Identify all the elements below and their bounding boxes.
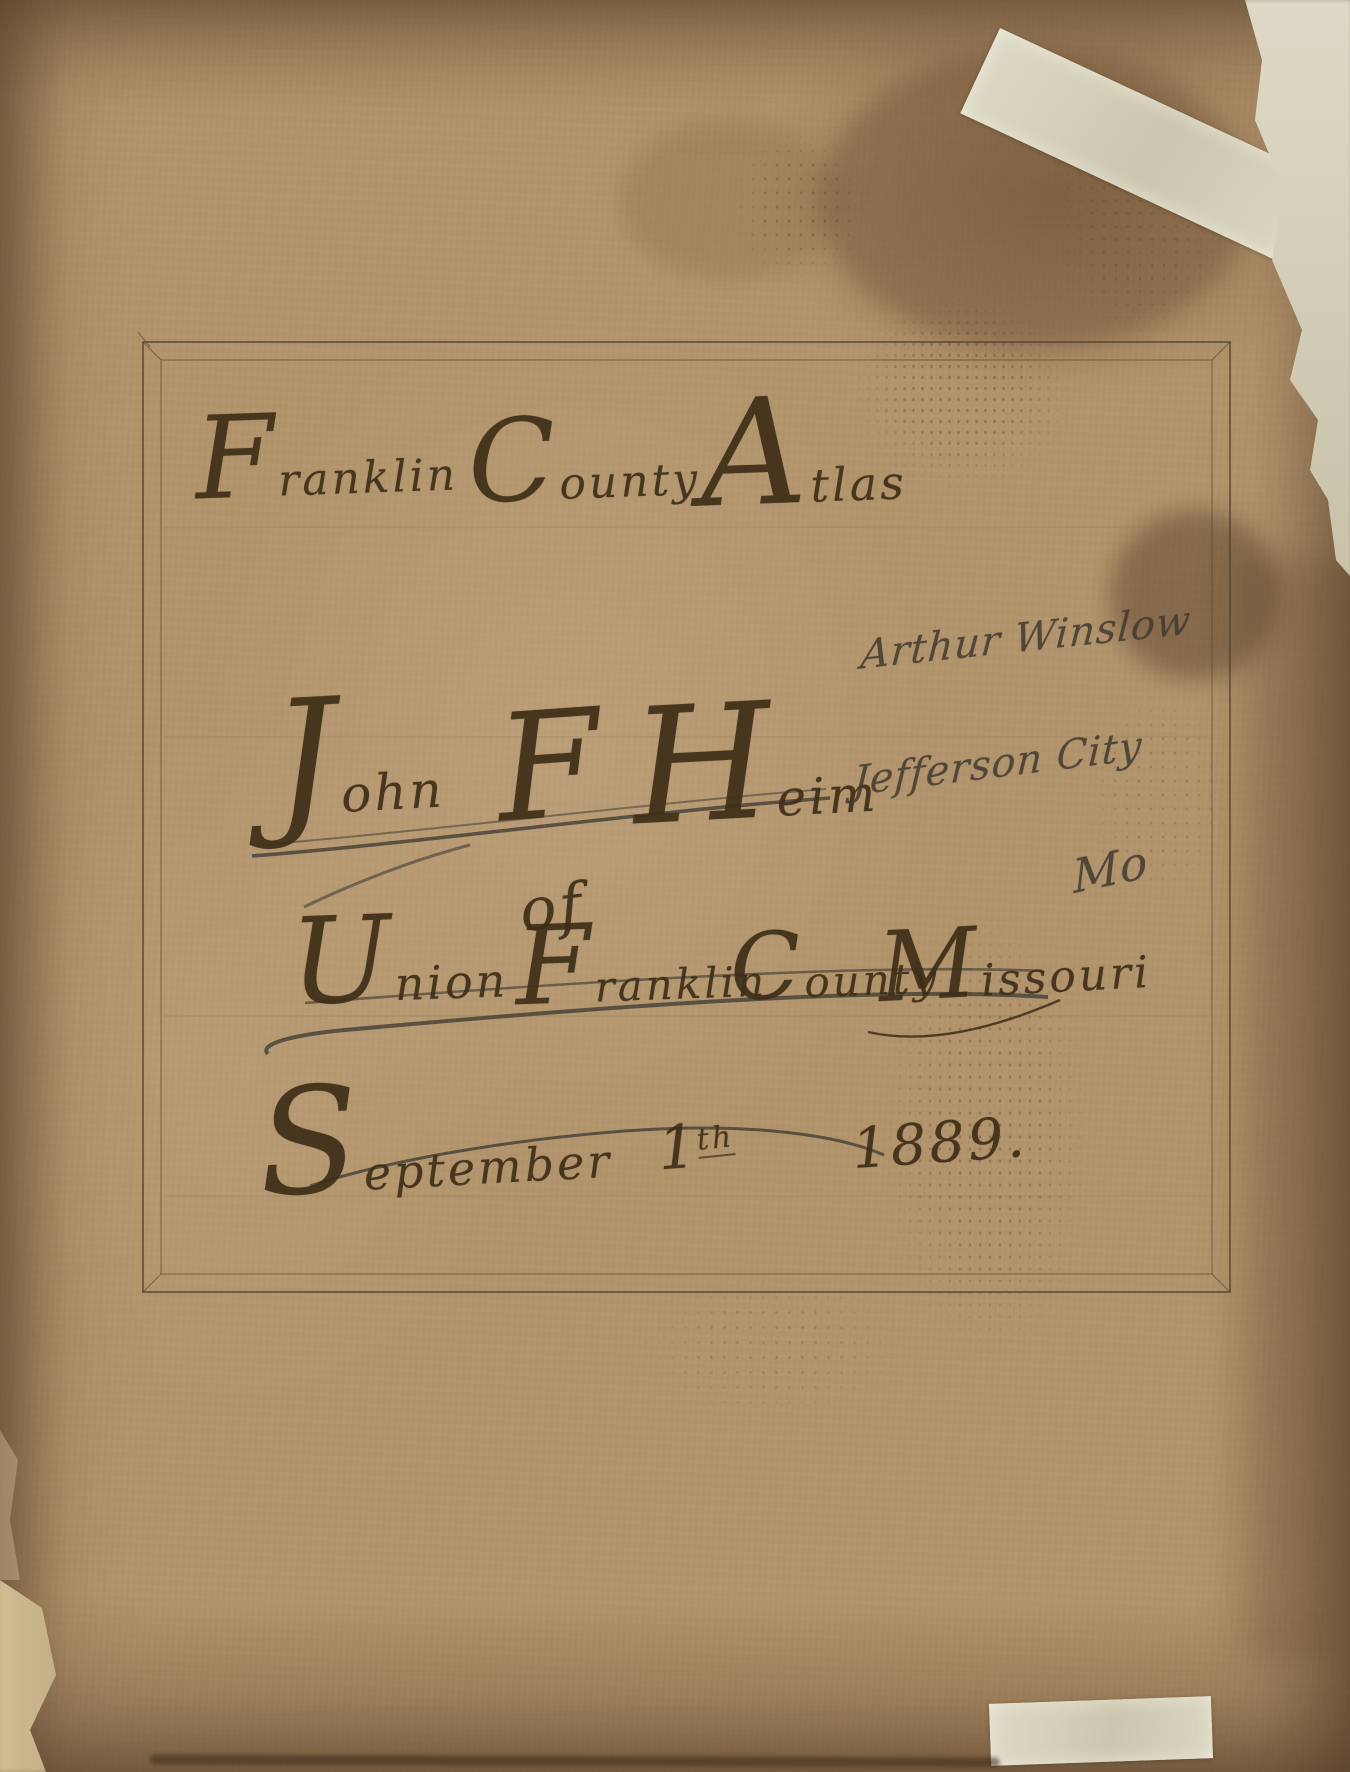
torn-edge-right bbox=[1232, 0, 1350, 580]
place-word-missouri: Missouri bbox=[876, 906, 1153, 1017]
owner-initial-f: F bbox=[492, 688, 608, 843]
title-word-franklin: Franklin bbox=[193, 393, 459, 516]
speckle-cluster bbox=[640, 1275, 905, 1420]
torn-edge-left-small bbox=[0, 1430, 26, 1580]
date-month: September bbox=[254, 1053, 614, 1218]
bottom-edge-shadow bbox=[150, 1755, 1000, 1768]
title-word-county: County bbox=[466, 398, 701, 520]
place-word-union: Union bbox=[288, 896, 510, 1023]
torn-corner-bottom-left bbox=[0, 1580, 70, 1772]
annotation-name: Arthur Winslow bbox=[859, 600, 1192, 675]
date-day-suffix: th bbox=[695, 1122, 736, 1159]
title-word-atlas: Atlas bbox=[697, 374, 908, 528]
atlas-cover-page: Franklin County Atlas John F Heim Arthur… bbox=[0, 0, 1350, 1772]
speckle-cluster bbox=[735, 130, 865, 280]
stain bbox=[1240, 560, 1350, 1660]
tape-strip-bottom-right bbox=[989, 1696, 1213, 1766]
owner-word-heim: Heim bbox=[628, 676, 881, 849]
owner-word-john: John bbox=[268, 672, 447, 841]
date-year: 1889. bbox=[850, 1110, 1029, 1178]
